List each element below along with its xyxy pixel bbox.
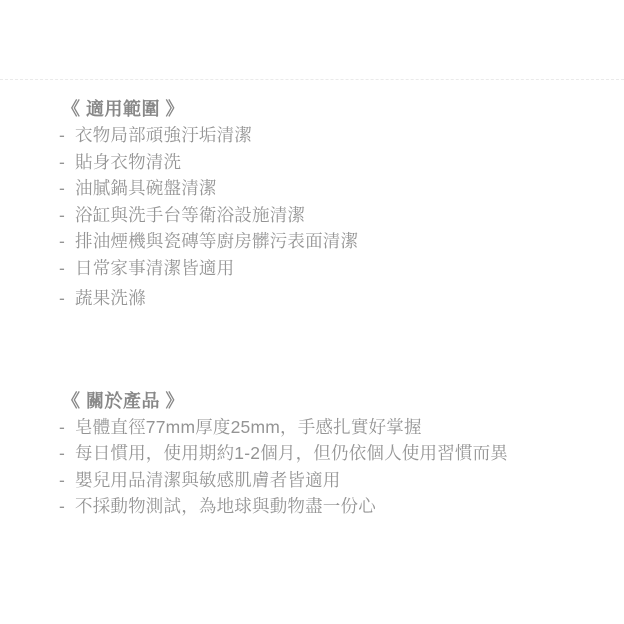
dash-bullet: - [59, 493, 75, 520]
list-item: - 貼身衣物清洗 [62, 149, 602, 176]
list-item: - 不採動物測試，為地球與動物盡一份心 [62, 493, 602, 520]
section-title-about-product: 《 關於產品 》 [62, 388, 602, 414]
list-item-text: 嬰兒用品清潔與敏感肌膚者皆適用 [75, 467, 341, 494]
dash-bullet: - [59, 255, 75, 282]
list-item-text: 蔬果洗滌 [75, 285, 146, 312]
faint-divider-line [0, 79, 624, 80]
list-item-text: 日常家事清潔皆適用 [75, 255, 234, 282]
dash-bullet: - [59, 228, 75, 255]
list-item-text: 衣物局部頑強汙垢清潔 [75, 122, 252, 149]
list-item: - 蔬果洗滌 [62, 285, 602, 312]
dash-bullet: - [59, 285, 75, 312]
list-item-text: 貼身衣物清洗 [75, 149, 181, 176]
list-item: - 排油煙機與瓷磚等廚房髒污表面清潔 [62, 228, 602, 255]
dash-bullet: - [59, 149, 75, 176]
dash-bullet: - [59, 202, 75, 229]
list-item: - 嬰兒用品清潔與敏感肌膚者皆適用 [62, 467, 602, 494]
section-about-product: 《 關於產品 》 - 皂體直徑77mm厚度25mm，手感扎實好掌握 - 每日慣用… [62, 388, 602, 520]
usage-scope-list: - 衣物局部頑強汙垢清潔 - 貼身衣物清洗 - 油膩鍋具碗盤清潔 - 浴缸與洗手… [62, 122, 602, 312]
list-item: - 衣物局部頑強汙垢清潔 [62, 122, 602, 149]
list-item: - 每日慣用，使用期約1-2個月，但仍依個人使用習慣而異 [62, 440, 602, 467]
dash-bullet: - [59, 122, 75, 149]
list-item-text: 浴缸與洗手台等衛浴設施清潔 [75, 202, 305, 229]
section-title-usage-scope: 《 適用範圍 》 [62, 96, 602, 122]
about-product-list: - 皂體直徑77mm厚度25mm，手感扎實好掌握 - 每日慣用，使用期約1-2個… [62, 414, 602, 520]
list-item-text: 油膩鍋具碗盤清潔 [75, 175, 217, 202]
list-item-text: 每日慣用，使用期約1-2個月，但仍依個人使用習慣而異 [75, 440, 508, 467]
dash-bullet: - [59, 414, 75, 441]
list-item: - 油膩鍋具碗盤清潔 [62, 175, 602, 202]
list-item-text: 排油煙機與瓷磚等廚房髒污表面清潔 [75, 228, 358, 255]
dash-bullet: - [59, 467, 75, 494]
section-usage-scope: 《 適用範圍 》 - 衣物局部頑強汙垢清潔 - 貼身衣物清洗 - 油膩鍋具碗盤清… [62, 96, 602, 312]
list-item: - 日常家事清潔皆適用 [62, 255, 602, 282]
list-item-text: 皂體直徑77mm厚度25mm，手感扎實好掌握 [75, 414, 422, 441]
list-item-text: 不採動物測試，為地球與動物盡一份心 [75, 493, 376, 520]
dash-bullet: - [59, 440, 75, 467]
product-description: 《 適用範圍 》 - 衣物局部頑強汙垢清潔 - 貼身衣物清洗 - 油膩鍋具碗盤清… [62, 96, 602, 520]
list-item: - 浴缸與洗手台等衛浴設施清潔 [62, 202, 602, 229]
list-item: - 皂體直徑77mm厚度25mm，手感扎實好掌握 [62, 414, 602, 441]
dash-bullet: - [59, 175, 75, 202]
